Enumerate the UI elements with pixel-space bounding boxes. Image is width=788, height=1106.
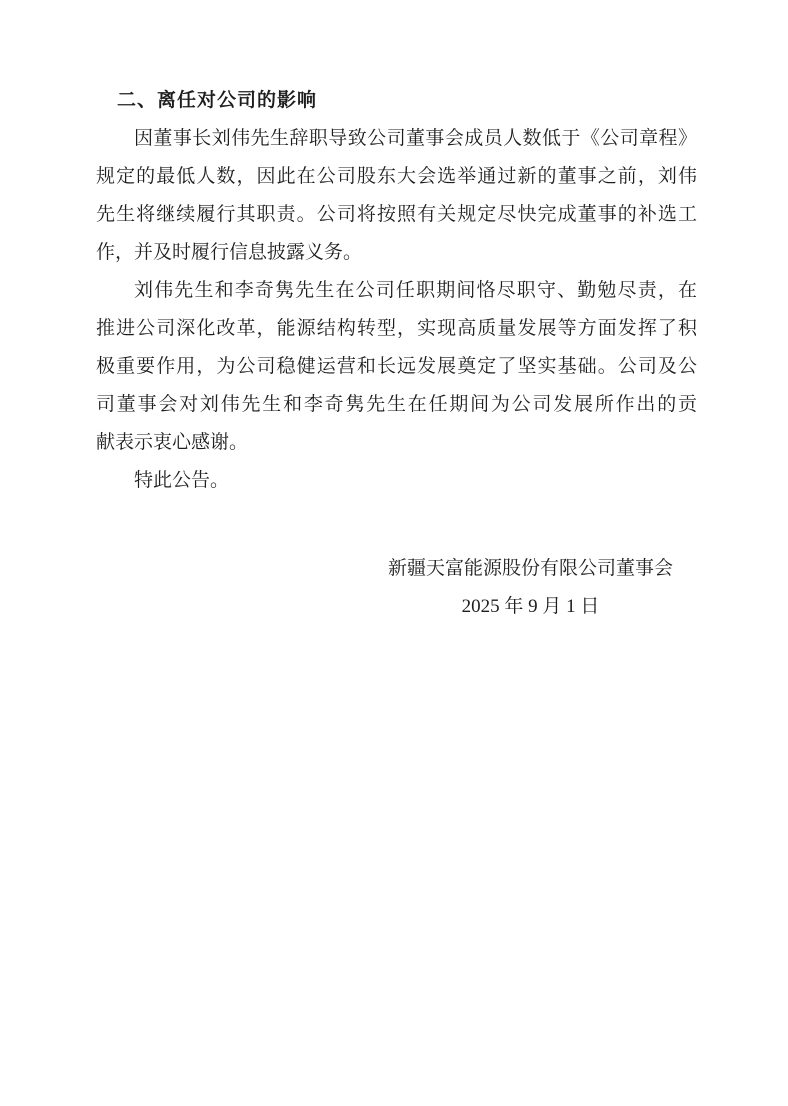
document-page: 二、离任对公司的影响 因董事长刘伟先生辞职导致公司董事会成员人数低于《公司章程》… <box>0 0 788 1106</box>
paragraph-announcement-closing: 特此公告。 <box>96 462 697 500</box>
text-line: 推进公司深化改革，能源结构转型，实现高质量发展等方面发挥了积 <box>96 310 697 348</box>
text-line: 先生将继续履行其职责。公司将按照有关规定尽快完成董事的补选工 <box>96 196 697 234</box>
text-line: 极重要作用，为公司稳健运营和长远发展奠定了坚实基础。公司及公 <box>96 348 697 386</box>
text-line: 因董事长刘伟先生辞职导致公司董事会成员人数低于《公司章程》 <box>96 120 697 158</box>
signature-inner: 新疆天富能源股份有限公司董事会 2025 年 9 月 1 日 <box>388 550 673 626</box>
signature-company: 新疆天富能源股份有限公司董事会 <box>388 550 673 588</box>
section-heading: 二、离任对公司的影响 <box>96 82 697 120</box>
signature-date: 2025 年 9 月 1 日 <box>388 588 673 626</box>
text-line: 规定的最低人数，因此在公司股东大会选举通过新的董事之前，刘伟 <box>96 158 697 196</box>
text-line: 献表示衷心感谢。 <box>96 424 697 462</box>
signature-block: 新疆天富能源股份有限公司董事会 2025 年 9 月 1 日 <box>96 550 697 626</box>
text-line: 刘伟先生和李奇隽先生在公司任职期间恪尽职守、勤勉尽责，在 <box>96 272 697 310</box>
paragraph-gratitude: 刘伟先生和李奇隽先生在公司任职期间恪尽职守、勤勉尽责，在 推进公司深化改革，能源… <box>96 272 697 462</box>
text-line: 司董事会对刘伟先生和李奇隽先生在任期间为公司发展所作出的贡 <box>96 386 697 424</box>
paragraph-resignation-impact: 因董事长刘伟先生辞职导致公司董事会成员人数低于《公司章程》 规定的最低人数，因此… <box>96 120 697 272</box>
text-line: 作，并及时履行信息披露义务。 <box>96 234 697 272</box>
text-line: 特此公告。 <box>96 462 697 500</box>
